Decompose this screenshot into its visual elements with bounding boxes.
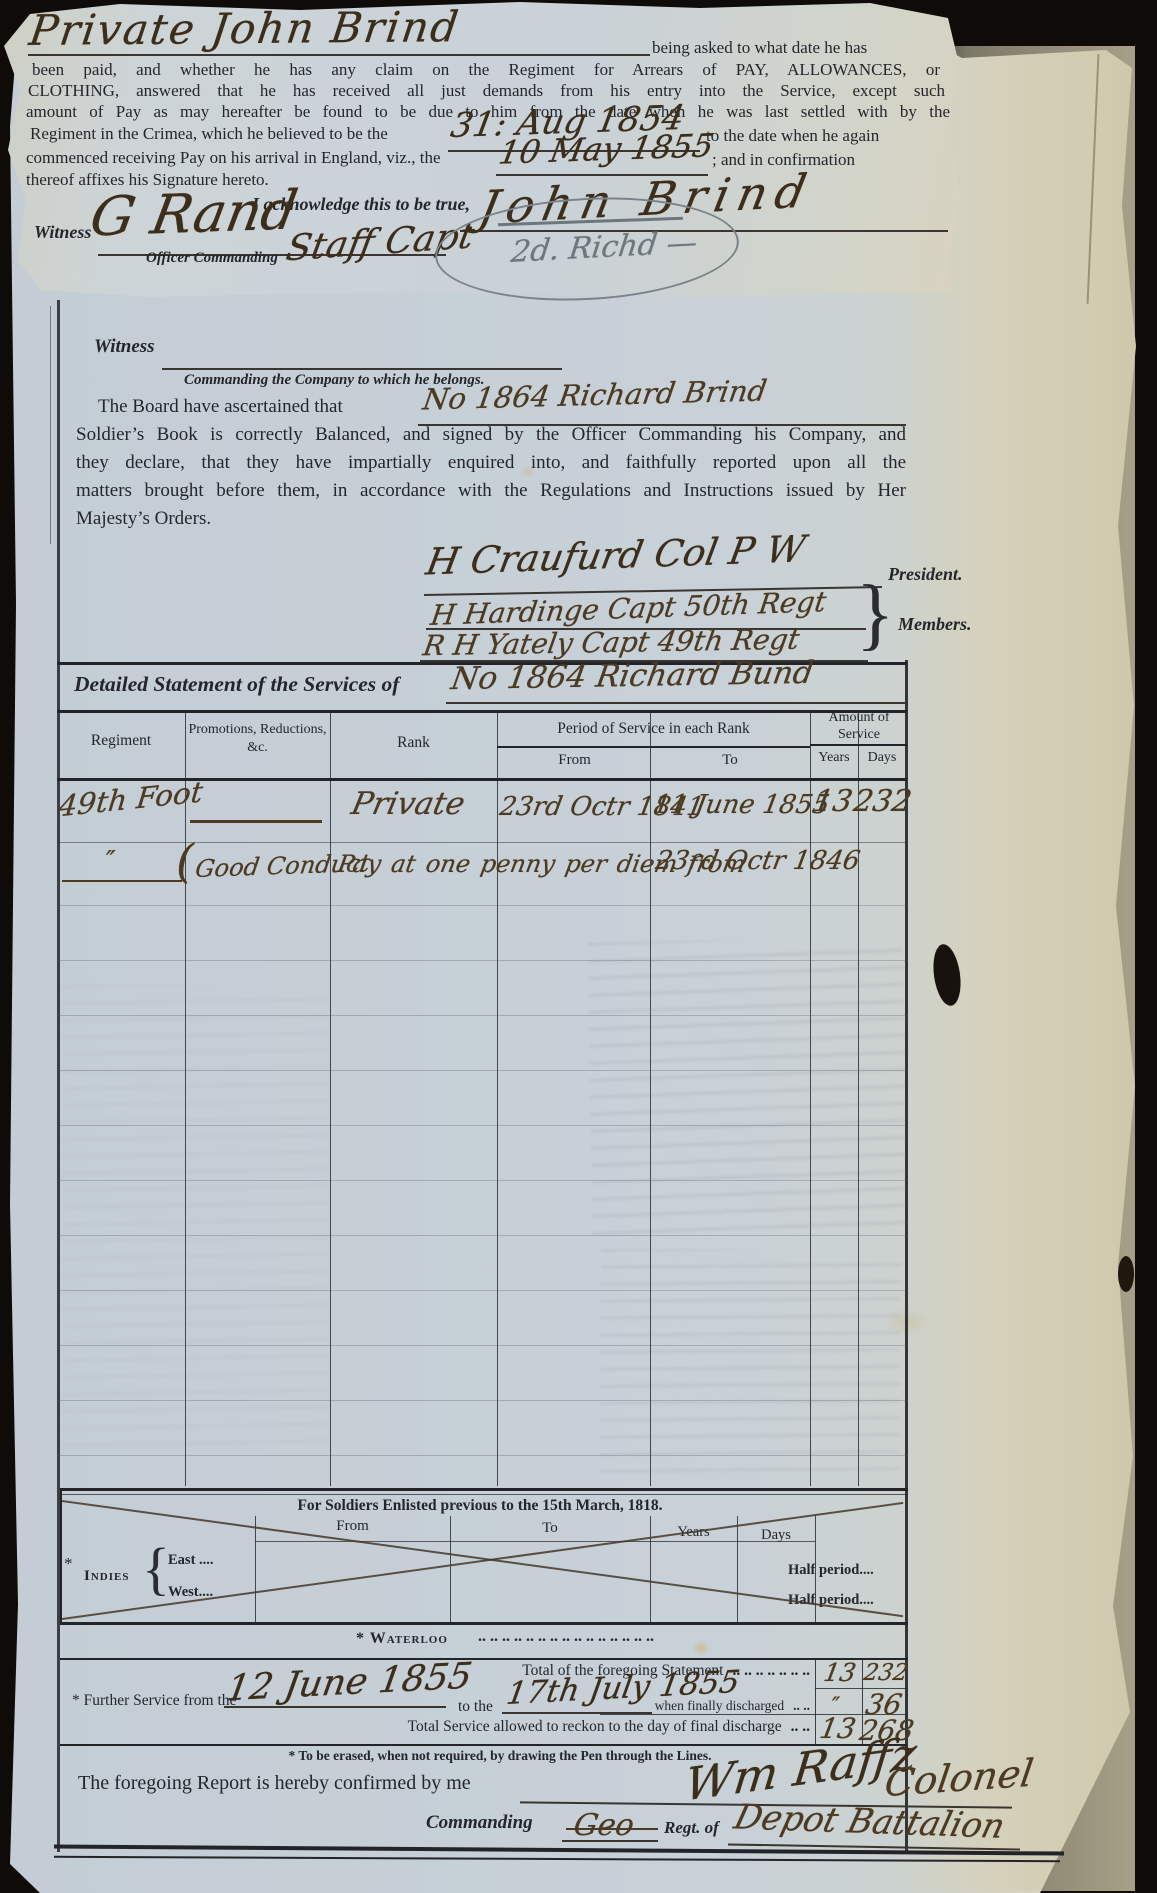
statement-soldier-ref-hw: No 1864 Richard Bund: [449, 655, 816, 697]
commanding-underline: [562, 1840, 658, 1842]
enlisted-col-from: From: [255, 1518, 450, 1535]
col-header-amount-2: Service: [812, 727, 906, 743]
period-header-divider: [497, 746, 810, 748]
officer-commanding-label: Officer Commanding: [146, 250, 278, 267]
row2-date-hw: 23rd Octr 1846: [653, 846, 862, 876]
totals-col-line-1: [815, 1658, 816, 1746]
enlisted-brace: {: [142, 1540, 170, 1598]
enlisted-asterisk: *: [64, 1554, 73, 1574]
witness-signature-hw: G Rand: [86, 178, 302, 248]
col-header-to: To: [652, 752, 808, 769]
col-header-promotions-1: Promotions, Reductions,: [187, 722, 328, 738]
half-period-label-1: Half period....: [788, 1562, 874, 1579]
total-days-hw: 232: [862, 1660, 910, 1686]
date-recommenced-hw: 10 May 1855: [496, 126, 717, 171]
members-label: Members.: [898, 614, 972, 635]
col-header-from: From: [499, 752, 650, 769]
amount-header-divider: [810, 744, 907, 746]
total-statement-dots: .. .. .. .. .. .. ..: [733, 1662, 811, 1680]
statement-title: Detailed Statement of the Services of: [74, 672, 399, 697]
confirm-label: The foregoing Report is hereby confirmed…: [78, 1772, 471, 1795]
enlisted-box-top-rule: [60, 1488, 908, 1491]
col-header-years: Years: [810, 750, 858, 766]
row1-to-hw: 11 June 1855: [651, 790, 831, 820]
further-service-label-c: when finally discharged: [655, 1698, 784, 1714]
witness-label: Witness: [34, 222, 91, 243]
commanding-label: Commanding: [426, 1812, 533, 1834]
row2-regiment-dash: [62, 880, 182, 882]
total-years-hw: 13: [821, 1658, 858, 1687]
bleedthrough-ghost-1: [587, 937, 907, 1242]
statement-soldier-ref-line: [446, 702, 906, 704]
row1-promotions-dash: [190, 820, 322, 823]
allowed-service-dots: .. ..: [791, 1718, 810, 1736]
col-header-rank: Rank: [332, 734, 495, 752]
waterloo-bottom-rule: [60, 1658, 908, 1660]
allowed-service-row: Total Service allowed to reckon to the d…: [300, 1718, 810, 1736]
para-line4b: to the date when he again: [706, 126, 879, 146]
enlisted-indies-label: Indies: [84, 1568, 129, 1585]
row1-days-hw: 232: [851, 784, 914, 819]
board-witness-line: [162, 368, 562, 370]
waterloo-label: * Waterloo: [356, 1630, 448, 1648]
col-header-promotions-2: &c.: [187, 740, 328, 756]
scanned-military-service-record: Witness Commanding the Company to which …: [0, 0, 1157, 1893]
row1-rank-hw: Private: [348, 786, 468, 822]
regt-of-label: Regt. of: [664, 1818, 719, 1838]
further-service-label-a: * Further Service from the: [72, 1692, 236, 1710]
enlisted-header-underline: [255, 1541, 815, 1542]
enlisted-col-days: Days: [737, 1527, 815, 1544]
bleedthrough-ghost-3: [62, 985, 327, 1455]
enlisted-box-left-rule: [60, 1488, 62, 1625]
tear-nick: [1118, 1256, 1134, 1292]
further-service-label-b: to the: [458, 1698, 493, 1716]
commanding-struck-word-hw: Geo: [571, 1808, 637, 1843]
row2-bracket-hw: (: [176, 838, 194, 884]
para-line1: been paid, and whether he has any claim …: [32, 60, 940, 80]
soldier-name-hw: Private John Brind: [27, 2, 463, 55]
para-line5a: commenced receiving Pay on his arrival i…: [26, 148, 440, 168]
enlisted-box-bottom-rule: [60, 1622, 908, 1625]
para-line4a: Regiment in the Crimea, which he believe…: [30, 124, 388, 144]
further-service-dots: .. ..: [793, 1698, 810, 1714]
president-label: President.: [888, 564, 963, 585]
further-from-underline: [224, 1706, 446, 1708]
enlisted-box-title: For Soldiers Enlisted previous to the 15…: [160, 1497, 800, 1515]
col-header-regiment: Regiment: [57, 732, 185, 750]
row2-regiment-ditto-hw: ″: [106, 846, 116, 876]
board-para-line5: Majesty’s Orders.: [76, 508, 211, 530]
row1-years-hw: 13: [811, 784, 855, 819]
members-brace: }: [856, 574, 894, 654]
right-margin-paper: [895, 46, 1135, 1891]
bleedthrough-ghost-2: [599, 1249, 901, 1477]
enlisted-east-label: East ....: [168, 1552, 214, 1569]
enlisted-box-top-rule-2: [60, 1494, 908, 1495]
board-para-line1: The Board have ascertained that: [98, 396, 343, 418]
soldier-name-underline: [28, 54, 650, 56]
board-witness-label: Witness: [94, 336, 155, 358]
board-para-line4: matters brought before them, in accordan…: [76, 480, 906, 502]
col-header-amount-1: Amount of: [812, 710, 906, 726]
enlisted-col-to: To: [450, 1520, 650, 1537]
left-margin-rule-2: [50, 306, 51, 544]
commanding-strike-line: [566, 1828, 658, 1830]
col-header-days: Days: [858, 750, 906, 766]
waterloo-dots: .. .. .. .. .. .. .. .. .. .. .. .. .. .…: [478, 1628, 904, 1646]
erase-note: * To be erased, when not required, by dr…: [240, 1748, 760, 1764]
col-header-period: Period of Service in each Rank: [499, 720, 808, 738]
intro-line: being asked to what date he has: [652, 38, 867, 58]
allowed-service-label: Total Service allowed to reckon to the d…: [408, 1718, 782, 1736]
totals-row-divider-2: [600, 1714, 907, 1715]
para-line2: CLOTHING, answered that he has received …: [28, 81, 945, 101]
board-para-line3: they declare, that they have impartially…: [76, 452, 906, 474]
board-para-line2: Soldier’s Book is correctly Balanced, an…: [76, 424, 906, 446]
further-service-tail: when finally discharged .. ..: [628, 1698, 810, 1714]
top-sheet-content: Private John Brind being asked to what d…: [0, 0, 965, 298]
